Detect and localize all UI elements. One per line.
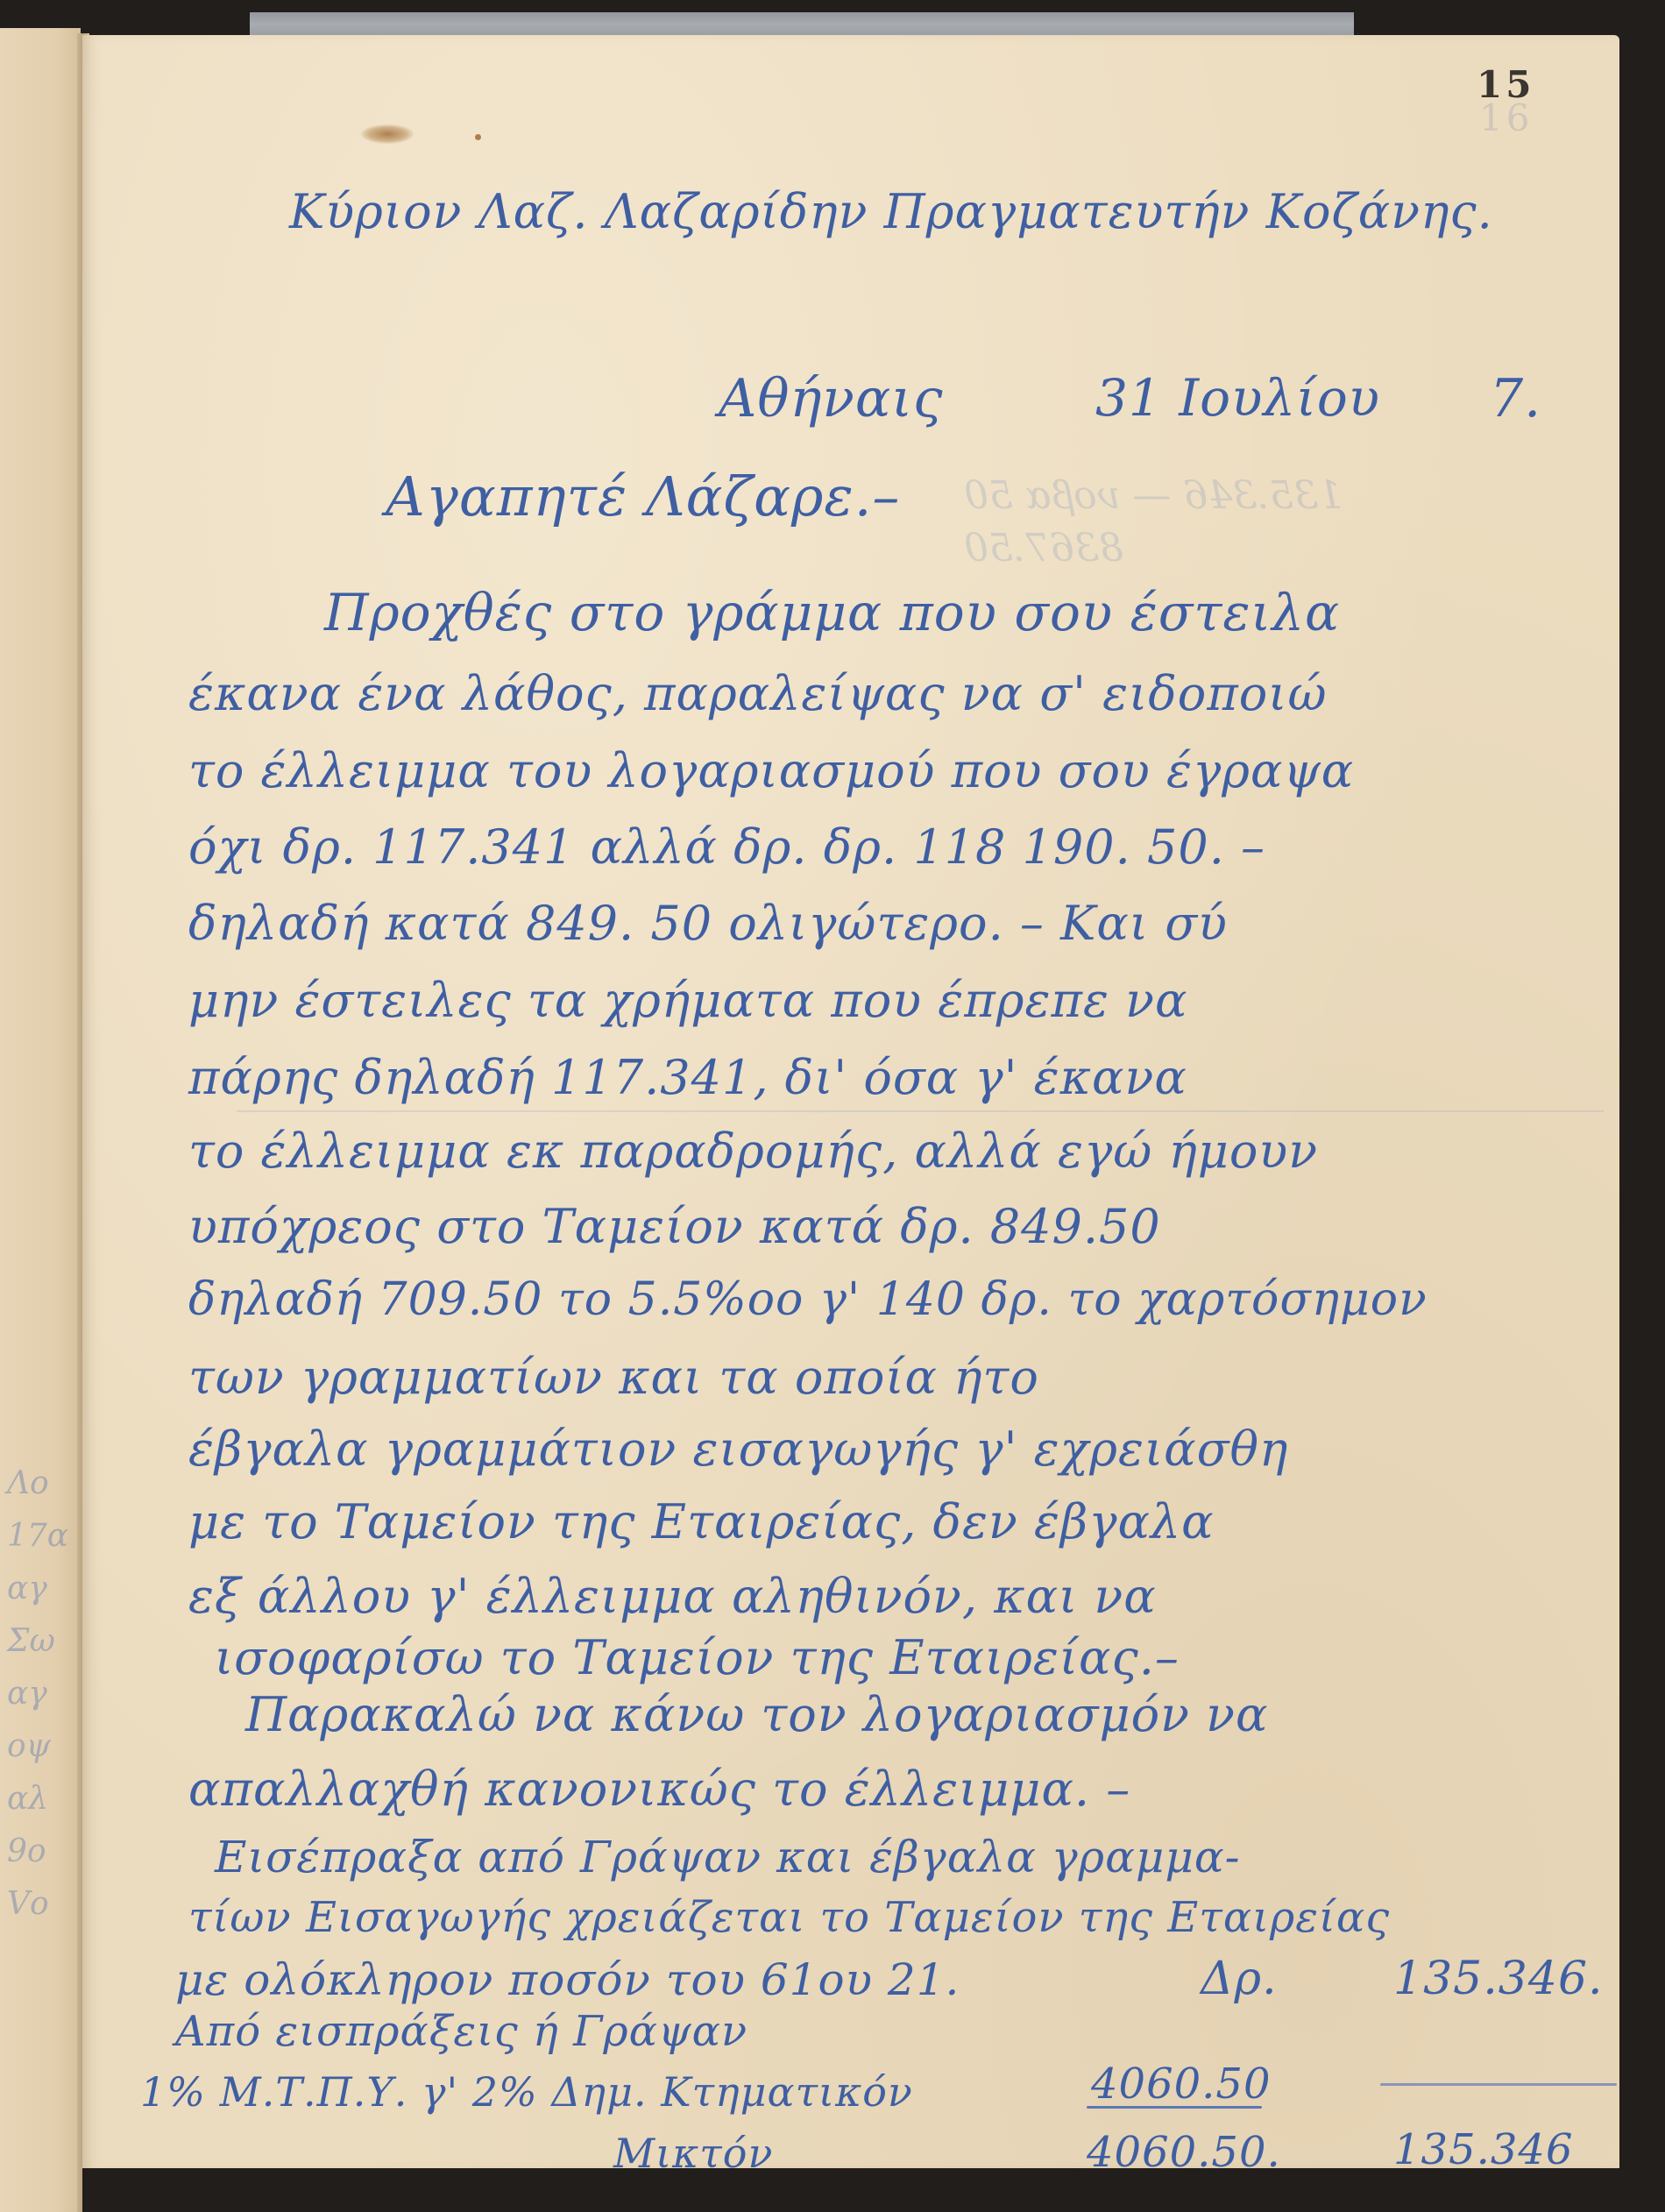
body-line: δηλαδή κατά 849. 50 ολιγώτερο. – Και σύ [188, 896, 1228, 951]
body-line: δηλαδή 709.50 το 5.5%οο γ' 140 δρ. το χα… [188, 1273, 1428, 1326]
salutation: Αγαπητέ Λάζαρε.– [386, 464, 900, 528]
body-line: ισοφαρίσω το Ταμείον της Εταιρείας.– [215, 1630, 1180, 1685]
letter-date-suffix: 7. [1490, 368, 1541, 429]
left-margin-fragment: Vο [7, 1886, 49, 1922]
body-line: έκανα ένα λάθος, παραλείψας να σ' ειδοπο… [188, 666, 1328, 721]
body-line: όχι δρ. 117.341 αλλά δρ. δρ. 118 190. 50… [188, 819, 1265, 875]
section2-amount: 135.346. [1393, 1953, 1604, 2005]
paper-stain-dot [475, 134, 481, 140]
footer-line-2: 1% Μ.Τ.Π.Υ. γ' 2% Δημ. Κτηματικόν [140, 2068, 913, 2116]
section2-line: με ολόκληρον ποσόν του 61ου 21. [175, 1954, 960, 2005]
letter-place: Αθήναις [719, 368, 944, 429]
ghost-page-number: 16 [1479, 96, 1533, 139]
letter-date: 31 Ιουλίου [1095, 368, 1380, 428]
body-line: Παρακαλώ να κάνω τον λογαριασμόν να [245, 1687, 1268, 1742]
left-margin-fragment: 9ο [7, 1833, 46, 1869]
bleed-through-text: 135.346 — νοβα 50 [964, 473, 1343, 518]
section2-amount-label: Δρ. [1201, 1953, 1278, 2005]
left-facing-page: Λο 17α αγ Σω αγ οψ αλ 9ο Vο [0, 28, 81, 2212]
body-line: με το Ταμείον της Εταιρείας, δεν έβγαλα [188, 1494, 1215, 1549]
paper-stain [361, 124, 414, 144]
body-line: το έλλειμμα εκ παραδρομής, αλλά εγώ ήμου… [188, 1124, 1318, 1179]
left-margin-fragment: αγ [7, 1676, 47, 1712]
left-margin-fragment: Σω [7, 1623, 55, 1659]
total-underline [1380, 2083, 1617, 2086]
left-margin-fragment: αλ [7, 1781, 48, 1817]
body-line: υπόχρεος στο Ταμείον κατά δρ. 849.50 [188, 1199, 1161, 1254]
body-line: Προχθές στο γράμμα που σου έστειλα [324, 583, 1340, 642]
section2-line: τίων Εισαγωγής χρειάζεται το Ταμείον της… [188, 1893, 1390, 1942]
addressee-line: Κύριον Λαζ. Λαζαρίδην Πραγματευτήν Κοζάν… [289, 184, 1493, 239]
section2-line: Εισέπραξα από Γράψαν και έβγαλα γραμμα- [215, 1832, 1241, 1882]
scan-bottom-edge [82, 2168, 1619, 2212]
archival-tape-strip [250, 12, 1354, 37]
body-line: εξ άλλου γ' έλλειμμα αληθινόν, και να [188, 1569, 1157, 1624]
sum-underline [1087, 2106, 1262, 2109]
footer-line-2-amount: 4060.50 [1091, 2060, 1272, 2109]
left-margin-fragment: αγ [7, 1570, 47, 1606]
left-margin-fragment: 17α [7, 1518, 68, 1554]
body-line: απαλλαχθή κανονικώς το έλλειμμα. – [188, 1762, 1130, 1817]
body-line: το έλλειμμα του λογαριασμού που σου έγρα… [188, 743, 1354, 798]
body-line: έβγαλα γραμμάτιον εισαγωγής γ' εχρειάσθη [188, 1421, 1288, 1477]
left-margin-fragment: Λο [7, 1465, 49, 1501]
document-scan: Λο 17α αγ Σω αγ οψ αλ 9ο Vο 15 16 Κύριον… [0, 0, 1665, 2212]
body-line: των γραμματίων και τα οποία ήτο [188, 1350, 1039, 1405]
body-line: πάρης δηλαδή 117.341, δι' όσα γ' έκανα [188, 1050, 1187, 1105]
footer-line-1: Από εισπράξεις ή Γράψαν [175, 2007, 747, 2056]
footer-line-3-total: 135.346 [1393, 2125, 1574, 2174]
body-line: μην έστειλες τα χρήματα που έπρεπε να [188, 973, 1187, 1028]
left-margin-fragment: οψ [7, 1728, 51, 1764]
bleed-through-text: 8367.50 [964, 526, 1123, 571]
paper-fold-crease [237, 1110, 1604, 1112]
